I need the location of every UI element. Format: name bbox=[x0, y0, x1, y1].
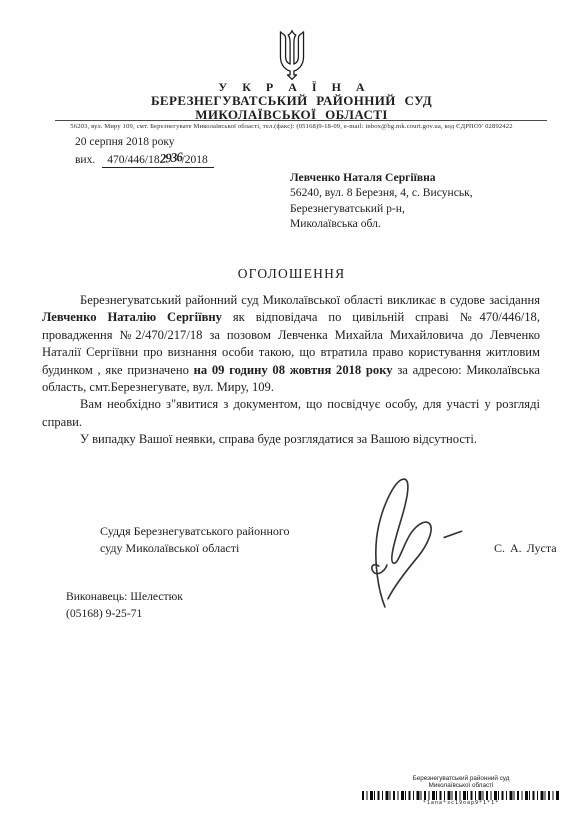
judge-signature bbox=[342, 472, 480, 610]
barcode bbox=[362, 791, 560, 800]
ref-number: 470/446/182936/2018 bbox=[102, 154, 214, 168]
registration-stamp: Березнегуватський районний суд Миколаївс… bbox=[362, 775, 560, 806]
outgoing-ref: вих.470/446/182936/2018 bbox=[75, 151, 214, 167]
document-page: У К Р А Ї Н А БЕРЕЗНЕГУВАТСЬКИЙ РАЙОННИЙ… bbox=[0, 0, 583, 815]
body-paragraph-3: У випадку Вашої неявки, справа буде розг… bbox=[42, 431, 540, 448]
executor-name: Виконавець: Шелестюк bbox=[66, 589, 183, 606]
recipient-address-line: Миколаївська обл. bbox=[290, 216, 473, 231]
text-segment: Березнегуватський районний суд Миколаївс… bbox=[80, 293, 540, 307]
judge-name: С. А. Луста bbox=[494, 541, 557, 556]
letter-date: 20 серпня 2018 року bbox=[75, 136, 175, 148]
recipient-block: Левченко Наталя Сергіївна 56240, вул. 8 … bbox=[290, 170, 473, 231]
judge-title-line: суду Миколаївської області bbox=[100, 540, 290, 557]
handwritten-number: 2936 bbox=[159, 149, 182, 167]
body-paragraph-2: Вам необхідно з"явитися з документом, що… bbox=[42, 396, 540, 431]
executor-phone: (05168) 9-25-71 bbox=[66, 606, 183, 623]
header-divider bbox=[55, 120, 547, 121]
barcode-code: *1апа*зс19оар9*1*1* bbox=[362, 800, 560, 806]
ukraine-trident-emblem bbox=[272, 30, 312, 80]
executor-block: Виконавець: Шелестюк (05168) 9-25-71 bbox=[66, 589, 183, 622]
recipient-address-line: Березнегуватський р-н, bbox=[290, 201, 473, 216]
defendant-name-bold: Левченко Наталію Сергіївну bbox=[42, 310, 222, 324]
ref-printed: 470/446/18 bbox=[107, 154, 159, 166]
body-paragraph-1: Березнегуватський районний суд Миколаївс… bbox=[42, 292, 540, 396]
court-contact-line: 56203, вул. Миру 109, смт. Березнегувате… bbox=[0, 123, 583, 130]
hearing-datetime-bold: на 09 годину 08 жовтня 2018 року bbox=[194, 363, 393, 377]
recipient-name: Левченко Наталя Сергіївна bbox=[290, 170, 473, 185]
judge-title-line: Суддя Березнегуватського районного bbox=[100, 523, 290, 540]
judge-title: Суддя Березнегуватського районного суду … bbox=[100, 523, 290, 556]
ref-prefix: вих. bbox=[75, 154, 95, 166]
recipient-address-line: 56240, вул. 8 Березня, 4, с. Висунськ, bbox=[290, 185, 473, 200]
document-title: ОГОЛОШЕННЯ bbox=[0, 266, 583, 282]
ref-suffix: /2018 bbox=[182, 154, 208, 166]
document-body: Березнегуватський районний суд Миколаївс… bbox=[42, 292, 540, 449]
stamp-court-line2: Миколаївської області bbox=[362, 782, 560, 789]
